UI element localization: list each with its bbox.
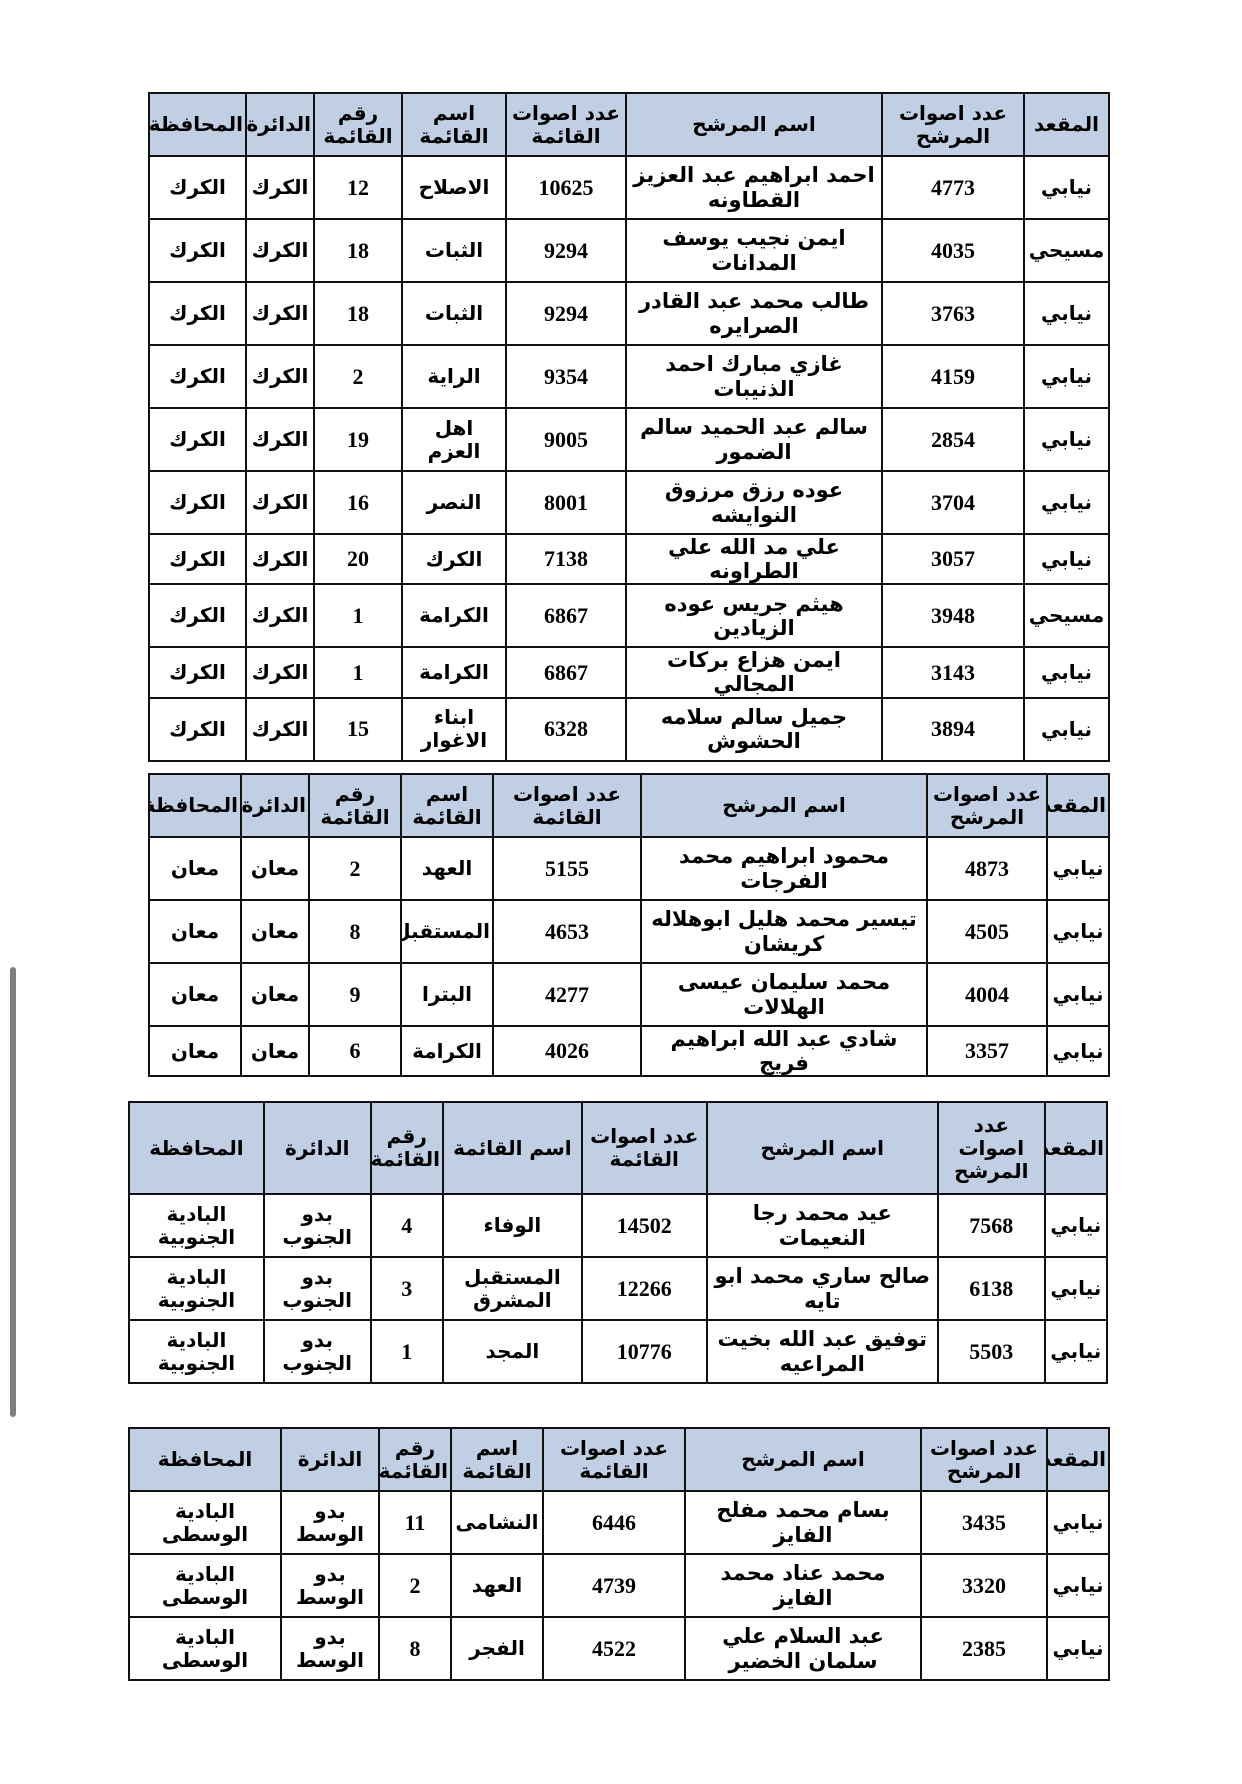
candidate-name-cell: محمود ابراهيم محمد الفرجات <box>641 837 927 900</box>
governorate-cell: الكرك <box>149 219 246 282</box>
candidate-votes-cell: 3894 <box>882 698 1024 761</box>
candidate-name-cell: هيثم جريس عوده الزيادين <box>626 584 882 647</box>
list-name-cell: المستقبل <box>401 900 493 963</box>
candidate-votes-cell: 3357 <box>927 1026 1047 1076</box>
district-cell: الكرك <box>246 647 314 697</box>
header-list-name: اسم القائمة <box>402 93 506 156</box>
governorate-cell: الكرك <box>149 471 246 534</box>
header-list-number: رقم القائمة <box>371 1102 443 1194</box>
list-number-cell: 20 <box>314 534 402 584</box>
list-number-cell: 18 <box>314 282 402 345</box>
governorate-cell: البادية الوسطى <box>129 1617 281 1680</box>
list-name-cell: الكرامة <box>402 584 506 647</box>
table-row: نيابي 4773 احمد ابراهيم عبد العزيز القطا… <box>149 156 1109 219</box>
candidate-name-cell: محمد سليمان عيسى الهلالات <box>641 963 927 1026</box>
list-votes-cell: 8001 <box>506 471 626 534</box>
list-number-cell: 19 <box>314 408 402 471</box>
list-name-cell: الفجر <box>451 1617 543 1680</box>
candidate-name-cell: عبد السلام علي سلمان الخضير <box>685 1617 921 1680</box>
table-row: نيابي 4505 تيسير محمد هليل ابوهلاله كريش… <box>149 900 1109 963</box>
list-name-cell: الكرامة <box>402 647 506 697</box>
list-votes-cell: 9005 <box>506 408 626 471</box>
header-candidate-name: اسم المرشح <box>685 1428 921 1491</box>
district-cell: بدو الوسط <box>281 1554 379 1617</box>
governorate-cell: الكرك <box>149 156 246 219</box>
governorate-cell: معان <box>149 900 241 963</box>
list-number-cell: 16 <box>314 471 402 534</box>
district-cell: الكرك <box>246 534 314 584</box>
candidate-votes-cell: 3320 <box>921 1554 1047 1617</box>
table-row: مسيحي 4035 ايمن نجيب يوسف المدانات 9294 … <box>149 219 1109 282</box>
table-row: نيابي 3704 عوده رزق مرزوق النوايشه 8001 … <box>149 471 1109 534</box>
seat-cell: نيابي <box>1024 698 1109 761</box>
vertical-scrollbar[interactable] <box>10 967 16 1417</box>
list-name-cell: الراية <box>402 345 506 408</box>
candidate-name-cell: جميل سالم سلامه الحشوش <box>626 698 882 761</box>
list-votes-cell: 4277 <box>493 963 641 1026</box>
candidate-name-cell: تيسير محمد هليل ابوهلاله كريشان <box>641 900 927 963</box>
results-table-maan: المقعد عدد اصوات المرشح اسم المرشح عدد ا… <box>148 773 1110 1077</box>
table-row: نيابي 3357 شادي عبد الله ابراهيم فريج 40… <box>149 1026 1109 1076</box>
list-votes-cell: 5155 <box>493 837 641 900</box>
candidate-name-cell: سالم عبد الحميد سالم الضمور <box>626 408 882 471</box>
candidate-name-cell: ايمن نجيب يوسف المدانات <box>626 219 882 282</box>
candidate-name-cell: ايمن هزاع بركات المجالي <box>626 647 882 697</box>
candidate-votes-cell: 3143 <box>882 647 1024 697</box>
seat-cell: نيابي <box>1024 282 1109 345</box>
list-name-cell: النشامى <box>451 1491 543 1554</box>
table-row: نيابي 4873 محمود ابراهيم محمد الفرجات 51… <box>149 837 1109 900</box>
district-cell: بدو الجنوب <box>264 1257 371 1320</box>
seat-cell: نيابي <box>1045 1257 1107 1320</box>
list-votes-cell: 7138 <box>506 534 626 584</box>
list-number-cell: 2 <box>314 345 402 408</box>
candidate-votes-cell: 4035 <box>882 219 1024 282</box>
list-number-cell: 3 <box>371 1257 443 1320</box>
results-table-karak: المقعد عدد اصوات المرشح اسم المرشح عدد ا… <box>148 92 1110 762</box>
seat-cell: مسيحي <box>1024 219 1109 282</box>
list-name-cell: البترا <box>401 963 493 1026</box>
header-governorate: المحافظة <box>129 1428 281 1491</box>
list-name-cell: الكرك <box>402 534 506 584</box>
list-votes-cell: 6867 <box>506 584 626 647</box>
district-cell: الكرك <box>246 408 314 471</box>
candidate-votes-cell: 3763 <box>882 282 1024 345</box>
seat-cell: نيابي <box>1047 1491 1109 1554</box>
header-list-name: اسم القائمة <box>443 1102 582 1194</box>
candidate-name-cell: شادي عبد الله ابراهيم فريج <box>641 1026 927 1076</box>
header-list-number: رقم القائمة <box>309 774 401 837</box>
list-votes-cell: 4026 <box>493 1026 641 1076</box>
table-row: نيابي 3320 محمد عناد محمد الفايز 4739 ال… <box>129 1554 1109 1617</box>
candidate-votes-cell: 3057 <box>882 534 1024 584</box>
seat-cell: نيابي <box>1045 1194 1107 1257</box>
header-candidate-name: اسم المرشح <box>626 93 882 156</box>
district-cell: بدو الوسط <box>281 1491 379 1554</box>
seat-cell: نيابي <box>1024 408 1109 471</box>
district-cell: الكرك <box>246 345 314 408</box>
candidate-votes-cell: 5503 <box>938 1320 1045 1383</box>
governorate-cell: الكرك <box>149 534 246 584</box>
seat-cell: نيابي <box>1024 647 1109 697</box>
district-cell: الكرك <box>246 156 314 219</box>
list-name-cell: الوفاء <box>443 1194 582 1257</box>
district-cell: الكرك <box>246 698 314 761</box>
table-row: نيابي 3057 علي مد الله علي الطراونه 7138… <box>149 534 1109 584</box>
table-row: نيابي 6138 صالح ساري محمد ابو تايه 12266… <box>129 1257 1107 1320</box>
header-candidate-votes: عدد اصوات المرشح <box>938 1102 1045 1194</box>
seat-cell: نيابي <box>1045 1320 1107 1383</box>
header-list-name: اسم القائمة <box>401 774 493 837</box>
candidate-name-cell: احمد ابراهيم عبد العزيز القطاونه <box>626 156 882 219</box>
list-number-cell: 12 <box>314 156 402 219</box>
list-number-cell: 2 <box>309 837 401 900</box>
candidate-votes-cell: 2385 <box>921 1617 1047 1680</box>
header-list-votes: عدد اصوات القائمة <box>506 93 626 156</box>
header-seat: المقعد <box>1047 1428 1109 1491</box>
governorate-cell: معان <box>149 1026 241 1076</box>
candidate-votes-cell: 3704 <box>882 471 1024 534</box>
header-district: الدائرة <box>264 1102 371 1194</box>
candidate-name-cell: عيد محمد رجا النعيمات <box>707 1194 938 1257</box>
seat-cell: نيابي <box>1024 471 1109 534</box>
list-name-cell: العهد <box>401 837 493 900</box>
table-row: نيابي 7568 عيد محمد رجا النعيمات 14502 ا… <box>129 1194 1107 1257</box>
seat-cell: نيابي <box>1024 534 1109 584</box>
list-votes-cell: 9354 <box>506 345 626 408</box>
list-name-cell: الثبات <box>402 219 506 282</box>
governorate-cell: الكرك <box>149 584 246 647</box>
header-district: الدائرة <box>246 93 314 156</box>
candidate-name-cell: محمد عناد محمد الفايز <box>685 1554 921 1617</box>
candidate-name-cell: توفيق عبد الله بخيت المراعيه <box>707 1320 938 1383</box>
candidate-votes-cell: 3948 <box>882 584 1024 647</box>
list-name-cell: الكرامة <box>401 1026 493 1076</box>
table-row: نيابي 5503 توفيق عبد الله بخيت المراعيه … <box>129 1320 1107 1383</box>
list-number-cell: 2 <box>379 1554 451 1617</box>
header-district: الدائرة <box>241 774 309 837</box>
list-votes-cell: 14502 <box>582 1194 707 1257</box>
header-seat: المقعد <box>1047 774 1109 837</box>
seat-cell: مسيحي <box>1024 584 1109 647</box>
list-number-cell: 4 <box>371 1194 443 1257</box>
seat-cell: نيابي <box>1047 1554 1109 1617</box>
header-list-number: رقم القائمة <box>314 93 402 156</box>
header-governorate: المحافظة <box>149 774 241 837</box>
candidate-name-cell: بسام محمد مفلح الفايز <box>685 1491 921 1554</box>
header-candidate-votes: عدد اصوات المرشح <box>927 774 1047 837</box>
list-number-cell: 11 <box>379 1491 451 1554</box>
governorate-cell: معان <box>149 963 241 1026</box>
candidate-votes-cell: 4773 <box>882 156 1024 219</box>
list-votes-cell: 10625 <box>506 156 626 219</box>
governorate-cell: البادية الجنوبية <box>129 1257 264 1320</box>
candidate-votes-cell: 4004 <box>927 963 1047 1026</box>
list-votes-cell: 10776 <box>582 1320 707 1383</box>
results-table-southern-badia: المقعد عدد اصوات المرشح اسم المرشح عدد ا… <box>128 1101 1108 1384</box>
table-row: نيابي 4159 غازي مبارك احمد الذنيبات 9354… <box>149 345 1109 408</box>
candidate-votes-cell: 6138 <box>938 1257 1045 1320</box>
table-row: نيابي 3143 ايمن هزاع بركات المجالي 6867 … <box>149 647 1109 697</box>
list-votes-cell: 4522 <box>543 1617 685 1680</box>
list-number-cell: 8 <box>379 1617 451 1680</box>
seat-cell: نيابي <box>1024 156 1109 219</box>
header-list-votes: عدد اصوات القائمة <box>493 774 641 837</box>
header-list-votes: عدد اصوات القائمة <box>543 1428 685 1491</box>
header-list-votes: عدد اصوات القائمة <box>582 1102 707 1194</box>
list-number-cell: 9 <box>309 963 401 1026</box>
list-number-cell: 6 <box>309 1026 401 1076</box>
list-name-cell: المستقبل المشرق <box>443 1257 582 1320</box>
list-votes-cell: 6328 <box>506 698 626 761</box>
governorate-cell: البادية الجنوبية <box>129 1320 264 1383</box>
candidate-votes-cell: 3435 <box>921 1491 1047 1554</box>
list-votes-cell: 4739 <box>543 1554 685 1617</box>
header-list-name: اسم القائمة <box>451 1428 543 1491</box>
list-votes-cell: 9294 <box>506 219 626 282</box>
governorate-cell: البادية الوسطى <box>129 1554 281 1617</box>
seat-cell: نيابي <box>1047 1617 1109 1680</box>
list-votes-cell: 6867 <box>506 647 626 697</box>
header-seat: المقعد <box>1024 93 1109 156</box>
candidate-name-cell: طالب محمد عبد القادر الصرايره <box>626 282 882 345</box>
list-name-cell: العهد <box>451 1554 543 1617</box>
header-candidate-votes: عدد اصوات المرشح <box>882 93 1024 156</box>
table-row: مسيحي 3948 هيثم جريس عوده الزيادين 6867 … <box>149 584 1109 647</box>
district-cell: بدو الجنوب <box>264 1320 371 1383</box>
list-votes-cell: 12266 <box>582 1257 707 1320</box>
list-votes-cell: 4653 <box>493 900 641 963</box>
list-number-cell: 1 <box>314 584 402 647</box>
district-cell: معان <box>241 837 309 900</box>
candidate-name-cell: عوده رزق مرزوق النوايشه <box>626 471 882 534</box>
district-cell: بدو الجنوب <box>264 1194 371 1257</box>
governorate-cell: الكرك <box>149 282 246 345</box>
district-cell: معان <box>241 1026 309 1076</box>
governorate-cell: البادية الجنوبية <box>129 1194 264 1257</box>
list-name-cell: النصر <box>402 471 506 534</box>
list-name-cell: الثبات <box>402 282 506 345</box>
governorate-cell: البادية الوسطى <box>129 1491 281 1554</box>
header-candidate-votes: عدد اصوات المرشح <box>921 1428 1047 1491</box>
header-district: الدائرة <box>281 1428 379 1491</box>
list-name-cell: ابناء الاغوار <box>402 698 506 761</box>
candidate-votes-cell: 4505 <box>927 900 1047 963</box>
header-list-number: رقم القائمة <box>379 1428 451 1491</box>
candidate-votes-cell: 4873 <box>927 837 1047 900</box>
district-cell: الكرك <box>246 282 314 345</box>
table-row: نيابي 3435 بسام محمد مفلح الفايز 6446 ال… <box>129 1491 1109 1554</box>
seat-cell: نيابي <box>1047 963 1109 1026</box>
candidate-name-cell: علي مد الله علي الطراونه <box>626 534 882 584</box>
district-cell: الكرك <box>246 471 314 534</box>
governorate-cell: الكرك <box>149 345 246 408</box>
candidate-votes-cell: 4159 <box>882 345 1024 408</box>
governorate-cell: الكرك <box>149 408 246 471</box>
list-number-cell: 1 <box>314 647 402 697</box>
table-row: نيابي 3894 جميل سالم سلامه الحشوش 6328 ا… <box>149 698 1109 761</box>
list-number-cell: 1 <box>371 1320 443 1383</box>
header-seat: المقعد <box>1045 1102 1107 1194</box>
results-table-central-badia: المقعد عدد اصوات المرشح اسم المرشح عدد ا… <box>128 1427 1110 1681</box>
list-number-cell: 18 <box>314 219 402 282</box>
list-number-cell: 8 <box>309 900 401 963</box>
list-name-cell: المجد <box>443 1320 582 1383</box>
list-votes-cell: 6446 <box>543 1491 685 1554</box>
list-votes-cell: 9294 <box>506 282 626 345</box>
table-row: نيابي 4004 محمد سليمان عيسى الهلالات 427… <box>149 963 1109 1026</box>
header-governorate: المحافظة <box>129 1102 264 1194</box>
seat-cell: نيابي <box>1047 837 1109 900</box>
district-cell: معان <box>241 900 309 963</box>
governorate-cell: معان <box>149 837 241 900</box>
governorate-cell: الكرك <box>149 698 246 761</box>
candidate-name-cell: صالح ساري محمد ابو تايه <box>707 1257 938 1320</box>
header-candidate-name: اسم المرشح <box>641 774 927 837</box>
district-cell: بدو الوسط <box>281 1617 379 1680</box>
district-cell: معان <box>241 963 309 1026</box>
header-governorate: المحافظة <box>149 93 246 156</box>
governorate-cell: الكرك <box>149 647 246 697</box>
candidate-votes-cell: 2854 <box>882 408 1024 471</box>
list-number-cell: 15 <box>314 698 402 761</box>
table-row: نيابي 2854 سالم عبد الحميد سالم الضمور 9… <box>149 408 1109 471</box>
candidate-name-cell: غازي مبارك احمد الذنيبات <box>626 345 882 408</box>
table-row: نيابي 2385 عبد السلام علي سلمان الخضير 4… <box>129 1617 1109 1680</box>
table-row: نيابي 3763 طالب محمد عبد القادر الصرايره… <box>149 282 1109 345</box>
list-name-cell: الاصلاح <box>402 156 506 219</box>
district-cell: الكرك <box>246 219 314 282</box>
header-candidate-name: اسم المرشح <box>707 1102 938 1194</box>
seat-cell: نيابي <box>1047 1026 1109 1076</box>
candidate-votes-cell: 7568 <box>938 1194 1045 1257</box>
district-cell: الكرك <box>246 584 314 647</box>
seat-cell: نيابي <box>1047 900 1109 963</box>
list-name-cell: اهل العزم <box>402 408 506 471</box>
seat-cell: نيابي <box>1024 345 1109 408</box>
